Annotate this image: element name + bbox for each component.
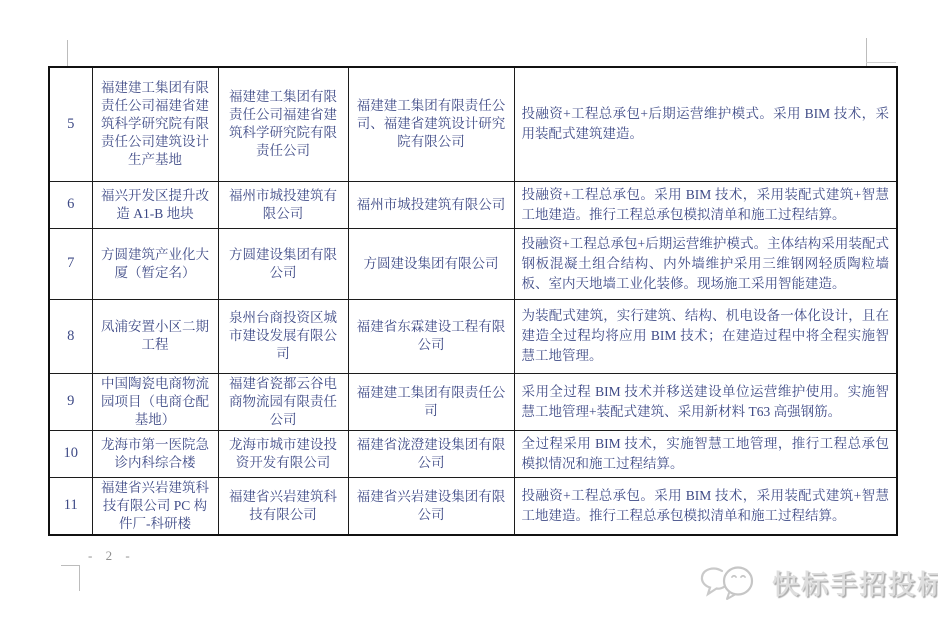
project-name-cell: 凤浦安置小区二期工程 (92, 299, 218, 373)
row-number-cell: 7 (49, 228, 92, 299)
row-number-cell: 11 (49, 477, 92, 535)
company-primary-cell: 福建省瓷都云谷电商物流园有限责任公司 (218, 373, 348, 430)
table-row: 8 凤浦安置小区二期工程 泉州台商投资区城市建设发展有限公司 福建省东霖建设工程… (49, 299, 897, 373)
row-number-cell: 10 (49, 430, 92, 477)
description-cell: 全过程采用 BIM 技术，实施智慧工地管理，推行工程总承包模拟情况和施工过程结算… (514, 430, 897, 477)
document-page: 5 福建建工集团有限责任公司福建省建筑科学研究院有限责任公司建筑设计生产基地 福… (0, 0, 938, 623)
company-secondary-cell: 福建省东霖建设工程有限公司 (348, 299, 514, 373)
company-primary-cell: 方圆建设集团有限公司 (218, 228, 348, 299)
company-secondary-cell: 福建建工集团有限责任公司 (348, 373, 514, 430)
description-cell: 投融资+工程总承包。采用 BIM 技术，采用装配式建筑+智慧工地建造。推行工程总… (514, 181, 897, 228)
crop-mark-bottom-left-vertical (79, 565, 80, 591)
company-primary-cell: 福建建工集团有限责任公司福建省建筑科学研究院有限责任公司 (218, 67, 348, 181)
company-secondary-cell: 福建省兴岩建设集团有限公司 (348, 477, 514, 535)
watermark-text: 快标手招投标 (772, 563, 938, 602)
project-name-cell: 福建建工集团有限责任公司福建省建筑科学研究院有限责任公司建筑设计生产基地 (92, 67, 218, 181)
description-cell: 投融资+工程总承包+后期运营维护模式。主体结构采用装配式钢板混凝土组合结构、内外… (514, 228, 897, 299)
row-number-cell: 5 (49, 67, 92, 181)
row-number-cell: 8 (49, 299, 92, 373)
chat-bubbles-logo-icon (698, 562, 764, 602)
description-cell: 投融资+工程总承包。采用 BIM 技术，采用装配式建筑+智慧工地建造。推行工程总… (514, 477, 897, 535)
table-row: 7 方圆建筑产业化大厦（暂定名） 方圆建设集团有限公司 方圆建设集团有限公司 投… (49, 228, 897, 299)
company-secondary-cell: 福建省泷澄建设集团有限公司 (348, 430, 514, 477)
description-cell: 投融资+工程总承包+后期运营维护模式。采用 BIM 技术，采用装配式建筑建造。 (514, 67, 897, 181)
crop-mark-bottom-left-horizontal (61, 565, 80, 566)
company-secondary-cell: 福建建工集团有限责任公司、福建省建筑设计研究院有限公司 (348, 67, 514, 181)
company-primary-cell: 泉州台商投资区城市建设发展有限公司 (218, 299, 348, 373)
project-name-cell: 方圆建筑产业化大厦（暂定名） (92, 228, 218, 299)
description-cell: 为装配式建筑，实行建筑、结构、机电设备一体化设计，且在建造全过程均将应用 BIM… (514, 299, 897, 373)
table-row: 11 福建省兴岩建筑科技有限公司 PC 构件厂-科研楼 福建省兴岩建筑科技有限公… (49, 477, 897, 535)
company-primary-cell: 龙海市城市建设投资开发有限公司 (218, 430, 348, 477)
watermark: 快标手招投标 (698, 562, 938, 602)
project-name-cell: 福兴开发区提升改造 A1-B 地块 (92, 181, 218, 228)
page-number: - 2 - (88, 548, 135, 564)
table-row: 10 龙海市第一医院急诊内科综合楼 龙海市城市建设投资开发有限公司 福建省泷澄建… (49, 430, 897, 477)
company-secondary-cell: 方圆建设集团有限公司 (348, 228, 514, 299)
crop-mark-top-left (67, 40, 68, 66)
project-name-cell: 福建省兴岩建筑科技有限公司 PC 构件厂-科研楼 (92, 477, 218, 535)
description-cell: 采用全过程 BIM 技术并移送建设单位运营维护使用。实施智慧工地管理+装配式建筑… (514, 373, 897, 430)
company-secondary-cell: 福州市城投建筑有限公司 (348, 181, 514, 228)
row-number-cell: 6 (49, 181, 92, 228)
project-name-cell: 中国陶瓷电商物流园项目（电商仓配基地） (92, 373, 218, 430)
company-primary-cell: 福建省兴岩建筑科技有限公司 (218, 477, 348, 535)
project-table: 5 福建建工集团有限责任公司福建省建筑科学研究院有限责任公司建筑设计生产基地 福… (48, 66, 898, 536)
table-row: 6 福兴开发区提升改造 A1-B 地块 福州市城投建筑有限公司 福州市城投建筑有… (49, 181, 897, 228)
row-number-cell: 9 (49, 373, 92, 430)
project-name-cell: 龙海市第一医院急诊内科综合楼 (92, 430, 218, 477)
table-row: 9 中国陶瓷电商物流园项目（电商仓配基地） 福建省瓷都云谷电商物流园有限责任公司… (49, 373, 897, 430)
crop-mark-top-right-horizontal (866, 62, 896, 63)
table-row: 5 福建建工集团有限责任公司福建省建筑科学研究院有限责任公司建筑设计生产基地 福… (49, 67, 897, 181)
company-primary-cell: 福州市城投建筑有限公司 (218, 181, 348, 228)
